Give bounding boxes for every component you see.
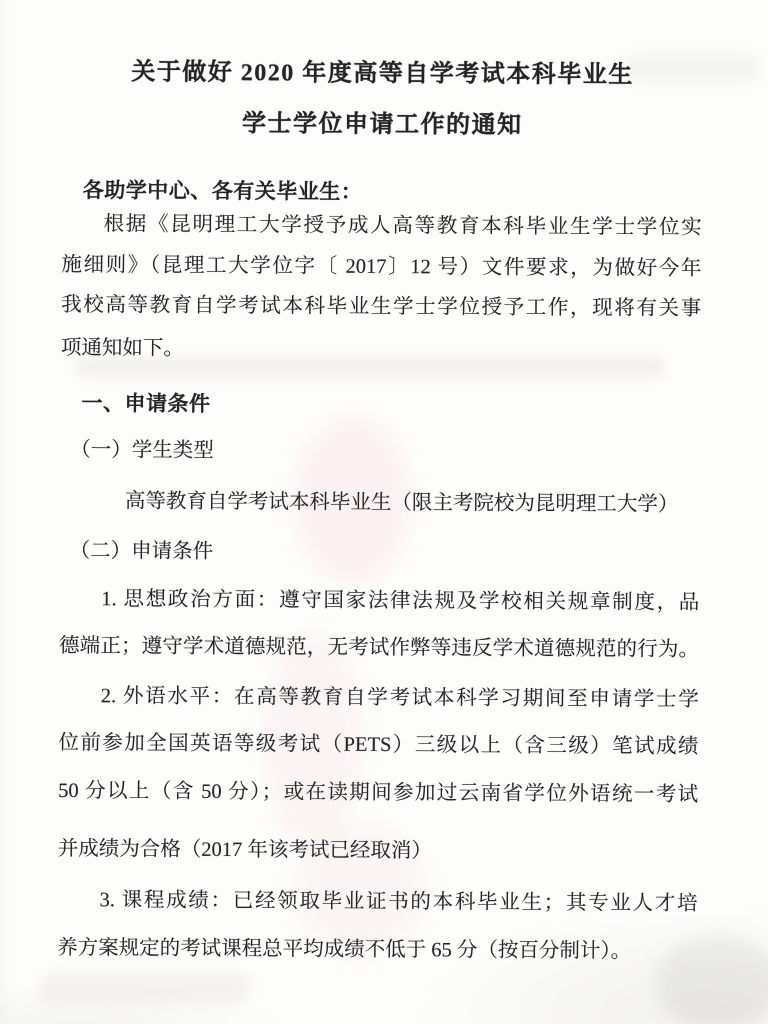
scanned-notice-page: 关于做好 2020 年度高等自学考试本科毕业生 学士学位申请工作的通知 各助学中…: [0, 0, 768, 1024]
subsection-heading: （一）学生类型: [60, 435, 700, 469]
condition-item-line: 德端正；遵守学术道德规范，无考试作弊等违反学术道德规范的行为。: [59, 631, 699, 665]
intro-line: 项通知如下。: [61, 333, 701, 367]
salutation: 各助学中心、各有关毕业生：: [62, 176, 702, 210]
document-title-line-2: 学士学位申请工作的通知: [62, 108, 702, 142]
condition-item-line: 50 分以上（含 50 分）；或在读期间参加过云南省学位外语统一考试: [58, 776, 698, 810]
condition-item-line: 并成绩为合格（2017 年该考试已经取消）: [58, 834, 698, 868]
document-title-line-1: 关于做好 2020 年度高等自学考试本科毕业生: [62, 57, 702, 91]
intro-line: 施细则》（昆理工大学位字〔 2017〕12 号）文件要求，为做好今年: [61, 250, 701, 284]
condition-item-line: 位前参加全国英语等级考试（PETS）三级以上（含三级）笔试成绩: [58, 728, 698, 762]
condition-item-line: 3. 课程成绩：已经领取毕业证书的本科毕业生；其专业人才培: [57, 885, 697, 919]
intro-line: 我校高等教育自学考试本科毕业生学士学位授予工作，现将有关事: [61, 290, 701, 324]
subsection-body: 高等教育自学考试本科毕业生（限主考院校为昆明理工大学）: [60, 486, 700, 520]
condition-item-line: 养方案规定的考试课程总平均成绩不低于 65 分（按百分制计）。: [57, 933, 697, 967]
document-body: 关于做好 2020 年度高等自学考试本科毕业生 学士学位申请工作的通知 各助学中…: [57, 0, 703, 1024]
condition-item-line: 2. 外语水平：在高等教育自学考试本科学习期间至申请学士学: [59, 681, 699, 715]
subsection-heading: （二）申请条件: [60, 536, 700, 570]
section-heading: 一、申请条件: [60, 389, 700, 423]
intro-line: 根据《昆明理工大学授予成人高等教育本科毕业生学士学位实: [62, 209, 702, 243]
condition-item-line: 1. 思想政治方面：遵守国家法律法规及学校相关规章制度，品: [59, 584, 699, 618]
